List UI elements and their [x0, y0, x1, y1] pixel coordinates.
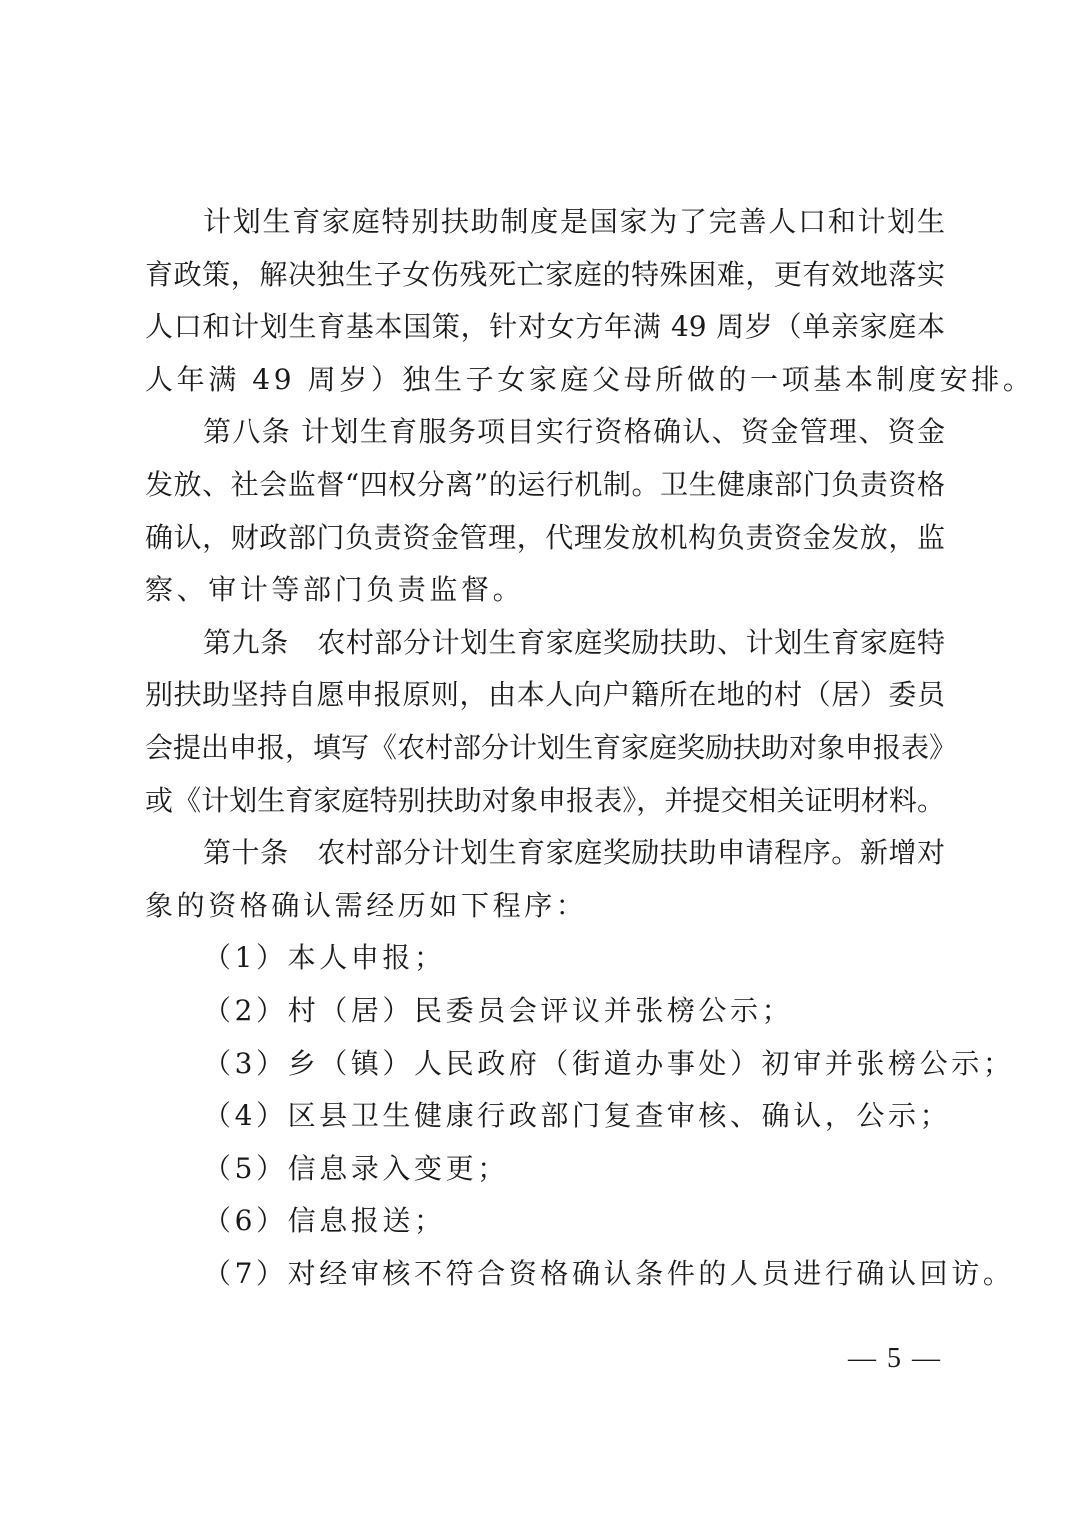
- paragraph-1-line-1: 计划生育家庭特别扶助制度是国家为了完善人口和计划生: [145, 196, 945, 249]
- page-number: — 5 —: [840, 1343, 950, 1375]
- article-9-line-3: 会提出申报，填写《农村部分计划生育家庭奖励扶助对象申报表》: [145, 722, 945, 775]
- paragraph-1-line-3: 人口和计划生育基本国策，针对女方年满 49 周岁（单亲家庭本: [145, 301, 945, 354]
- procedure-step-5: （5）信息录入变更；: [145, 1143, 945, 1196]
- procedure-step-6: （6）信息报送；: [145, 1195, 945, 1248]
- procedure-step-4: （4）区县卫生健康行政部门复查审核、确认，公示；: [145, 1090, 945, 1143]
- article-8-line-3: 确认，财政部门负责资金管理，代理发放机构负责资金发放，监: [145, 512, 945, 565]
- article-8-line-4: 察、审计等部门负责监督。: [145, 564, 945, 617]
- procedure-step-1: （1）本人申报；: [145, 932, 945, 985]
- procedure-step-3: （3）乡（镇）人民政府（街道办事处）初审并张榜公示；: [145, 1038, 945, 1091]
- article-9-line-4: 或《计划生育家庭特别扶助对象申报表》，并提交相关证明材料。: [145, 775, 945, 828]
- article-10-line-1: 第十条 农村部分计划生育家庭奖励扶助申请程序。新增对: [145, 827, 945, 880]
- article-8-line-1: 第八条 计划生育服务项目实行资格确认、资金管理、资金: [145, 406, 945, 459]
- procedure-step-2: （2）村（居）民委员会评议并张榜公示；: [145, 985, 945, 1038]
- document-page: 计划生育家庭特别扶助制度是国家为了完善人口和计划生 育政策，解决独生子女伤残死亡…: [0, 0, 1074, 1520]
- document-body: 计划生育家庭特别扶助制度是国家为了完善人口和计划生 育政策，解决独生子女伤残死亡…: [145, 196, 945, 1300]
- procedure-step-7: （7）对经审核不符合资格确认条件的人员进行确认回访。: [145, 1248, 945, 1301]
- article-9-line-2: 别扶助坚持自愿申报原则，由本人向户籍所在地的村（居）委员: [145, 669, 945, 722]
- paragraph-1-line-2: 育政策，解决独生子女伤残死亡家庭的特殊困难，更有效地落实: [145, 249, 945, 302]
- article-10-line-2: 象的资格确认需经历如下程序：: [145, 880, 945, 933]
- article-9-line-1: 第九条 农村部分计划生育家庭奖励扶助、计划生育家庭特: [145, 617, 945, 670]
- paragraph-1-line-4: 人年满 49 周岁）独生子女家庭父母所做的一项基本制度安排。: [145, 354, 945, 407]
- article-8-line-2: 发放、社会监督“四权分离”的运行机制。卫生健康部门负责资格: [145, 459, 945, 512]
